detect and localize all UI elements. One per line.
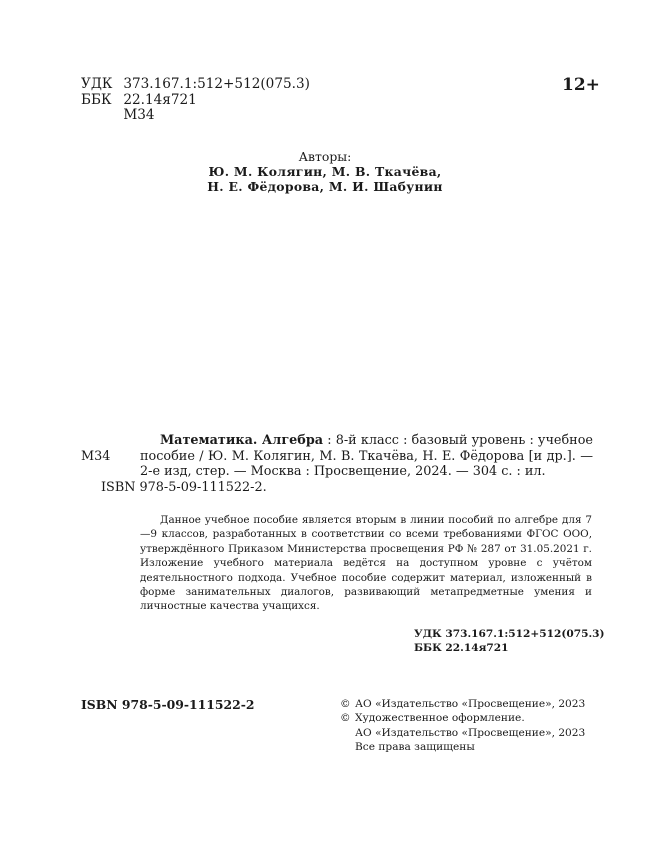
copyright-line-3: АО «Издательство «Просвещение», 2023	[340, 726, 585, 740]
isbn-bottom: ISBN 978-5-09-111522-2	[81, 697, 255, 712]
bbk-value: 22.14я721	[123, 92, 196, 108]
annotation-text: Данное учебное пособие является вторым в…	[140, 513, 592, 614]
age-rating: 12+	[562, 75, 600, 95]
copyright-line-2: ©Художественное оформление.	[340, 711, 585, 725]
author-mark: М34	[123, 107, 154, 123]
copyright-block: ©АО «Издательство «Просвещение», 2023 ©Х…	[340, 697, 585, 755]
copyright-icon: ©	[340, 697, 355, 711]
bibliographic-isbn: ISBN 978-5-09-111522-2.	[101, 480, 593, 496]
bbk-label: ББК	[81, 93, 119, 109]
copyright-line-1: ©АО «Издательство «Просвещение», 2023	[340, 697, 585, 711]
author-mark-row: М34	[81, 108, 310, 124]
authors-label: Авторы:	[150, 149, 500, 164]
bibliographic-description: Математика. Алгебра : 8-й класс : базовы…	[140, 433, 593, 480]
bbk-row: ББК 22.14я721	[81, 93, 310, 109]
udk-value: 373.167.1:512+512(075.3)	[123, 76, 310, 92]
classification-block-bottom: УДК 373.167.1:512+512(075.3) ББК 22.14я7…	[414, 627, 605, 655]
authors-line-1: Ю. М. Колягин, М. В. Ткачёва,	[150, 164, 500, 179]
udk-bottom: УДК 373.167.1:512+512(075.3)	[414, 627, 605, 641]
annotation: Данное учебное пособие является вторым в…	[140, 513, 592, 614]
authors-block: Авторы: Ю. М. Колягин, М. В. Ткачёва, Н.…	[150, 149, 500, 194]
bibliographic-author-mark: М34	[81, 449, 110, 465]
udk-row: УДК 373.167.1:512+512(075.3)	[81, 77, 310, 93]
book-title: Математика. Алгебра	[160, 433, 323, 448]
copyright-icon: ©	[340, 711, 355, 725]
bbk-bottom: ББК 22.14я721	[414, 641, 605, 655]
copyright-line-4: Все права защищены	[340, 740, 585, 754]
classification-block-top: УДК 373.167.1:512+512(075.3) ББК 22.14я7…	[81, 77, 310, 124]
udk-label: УДК	[81, 77, 119, 93]
authors-line-2: Н. Е. Фёдорова, М. И. Шабунин	[150, 179, 500, 194]
bibliographic-record: М34 Математика. Алгебра : 8-й класс : ба…	[81, 433, 593, 495]
